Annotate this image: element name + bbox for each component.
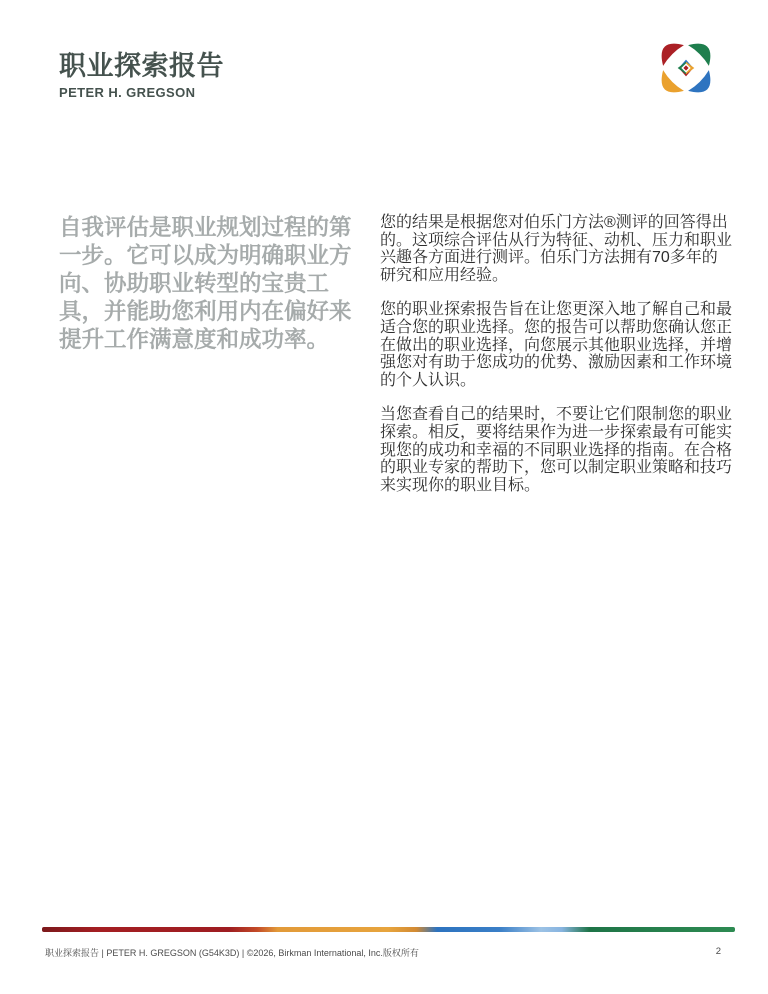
body-text-column: 您的结果是根据您对伯乐门方法®测评的回答得出的。这项综合评估从行为特征、动机、压… xyxy=(380,214,732,494)
body-paragraph: 您的职业探索报告旨在让您更深入地了解自己和最适合您的职业选择。您的报告可以帮助您… xyxy=(380,301,732,389)
footer-color-bar xyxy=(42,927,735,932)
body-paragraph: 当您查看自己的结果时，不要让它们限制您的职业探索。相反，要将结果作为进一步探索最… xyxy=(380,406,732,494)
report-subject-name: PETER H. GREGSON xyxy=(59,86,224,100)
logo-petal-red xyxy=(662,44,684,66)
logo-petal-green xyxy=(688,44,710,66)
logo-petal-orange xyxy=(662,70,684,92)
body-paragraph: 您的结果是根据您对伯乐门方法®测评的回答得出的。这项综合评估从行为特征、动机、压… xyxy=(380,214,732,284)
footer-text: 职业探索报告 | PETER H. GREGSON (G54K3D) | ©20… xyxy=(45,947,419,959)
birkman-logo-icon xyxy=(660,42,712,94)
intro-statement: 自我评估是职业规划过程的第一步。它可以成为明确职业方向、协助职业转型的宝贵工具，… xyxy=(59,214,362,354)
main-content: 自我评估是职业规划过程的第一步。它可以成为明确职业方向、协助职业转型的宝贵工具，… xyxy=(59,214,732,494)
logo-petal-blue xyxy=(688,70,710,92)
page-title: 职业探索报告 xyxy=(59,51,224,81)
page-number: 2 xyxy=(716,946,721,958)
report-page: 职业探索报告 PETER H. GREGSON 自我评估是职业规划过程的第一步。… xyxy=(0,0,768,994)
report-header: 职业探索报告 PETER H. GREGSON xyxy=(59,51,224,100)
